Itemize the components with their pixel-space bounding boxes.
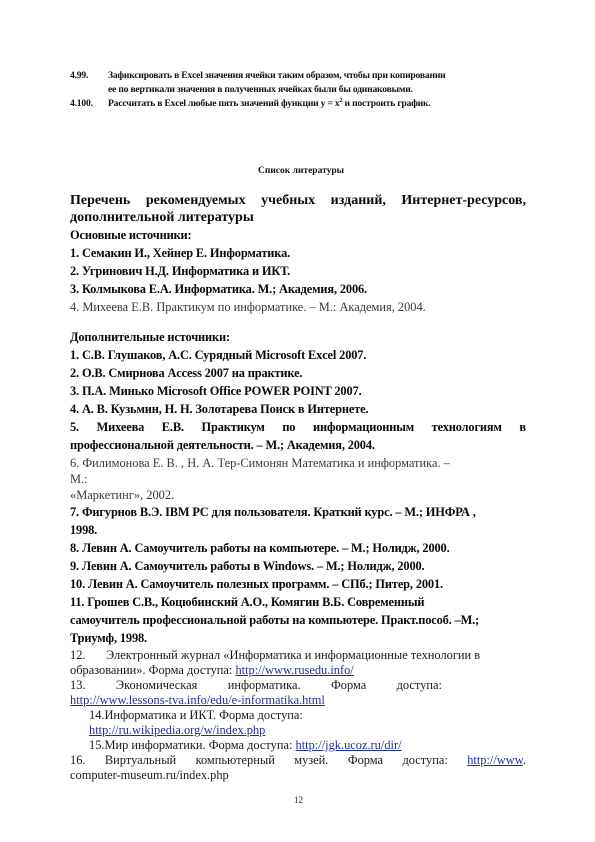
word: Экономическая bbox=[116, 678, 197, 693]
additional-source-item-15: 15.Мир информатики. Форма доступа: http:… bbox=[89, 738, 402, 753]
word: в bbox=[519, 420, 526, 435]
task-text-before: Рассчитать в Excel любые пять значений ф… bbox=[108, 98, 340, 109]
punctuation: . bbox=[523, 753, 526, 767]
computer-museum-link[interactable]: http://www bbox=[467, 753, 523, 767]
task-text-line1: Зафиксировать в Excel значения ячейки та… bbox=[108, 70, 445, 81]
additional-source-item: 1. С.В. Глушаков, А.С. Сурядный Microsof… bbox=[70, 348, 366, 363]
main-source-item: 1. Семакин И., Хейнер Е. Информатика. bbox=[70, 246, 290, 261]
heading-line2: дополнительной литературы bbox=[70, 210, 254, 226]
additional-source-item-14-line2: http://ru.wikipedia.org/w/index.php bbox=[89, 723, 265, 738]
task-number: 4.99. bbox=[70, 70, 88, 81]
additional-source-item-6-line3: «Маркетинг», 2002. bbox=[70, 488, 174, 503]
main-sources-label: Основные источники: bbox=[70, 228, 192, 243]
task-text-after: и построить график. bbox=[342, 98, 430, 109]
page-number: 12 bbox=[294, 795, 303, 805]
item-text: Электронный журнал «Информатика и информ… bbox=[106, 648, 480, 663]
additional-source-item-7-line2: 1998. bbox=[70, 523, 97, 538]
section-title: Список литературы bbox=[258, 166, 344, 176]
word: Виртуальный bbox=[105, 753, 176, 768]
word: 16. bbox=[70, 753, 86, 768]
item-text: 15.Мир информатики. Форма доступа: bbox=[89, 738, 296, 752]
additional-source-item-13-line2: http://www.lessons-tva.info/edu/e-inform… bbox=[70, 693, 325, 708]
word: по bbox=[282, 420, 295, 435]
task-4-99: 4.99. Зафиксировать в Excel значения яче… bbox=[70, 70, 530, 98]
additional-source-item-11-line2: самоучитель профессиональной работы на к… bbox=[70, 613, 479, 628]
task-text: Рассчитать в Excel любые пять значений ф… bbox=[108, 98, 431, 109]
word: Михеева bbox=[97, 420, 145, 435]
heading-word: рекомендуемых bbox=[146, 193, 246, 209]
additional-source-item-9: 9. Левин А. Самоучитель работы в Windows… bbox=[70, 559, 425, 574]
word: Пpактикум bbox=[202, 420, 265, 435]
main-source-item: 2. Угринович Н.Д. Информатика и ИКТ. bbox=[70, 264, 290, 279]
word: доступа: bbox=[402, 753, 447, 768]
word: Форма bbox=[348, 753, 383, 768]
word: информатика. bbox=[228, 678, 301, 693]
additional-source-item: 2. О.В. Смирнова Access 2007 на практике… bbox=[70, 366, 302, 381]
additional-source-item-12-line1: 12. Электронный журнал «Информатика и ин… bbox=[70, 648, 530, 663]
additional-source-item-5-line2: профессиональной деятельности. – М.; Ака… bbox=[70, 438, 375, 453]
additional-source-item-13-line1: 13. Экономическая информатика. Форма дос… bbox=[70, 678, 442, 693]
word: музей. bbox=[294, 753, 328, 768]
additional-source-item-5-line1: 5. Михеева Е.В. Пpактикум по информацион… bbox=[70, 420, 526, 435]
additional-source-item-16-line1: 16. Виртуальный компьютерный музей. Форм… bbox=[70, 753, 526, 768]
additional-source-item-10: 10. Левин А. Самоучитель полезных програ… bbox=[70, 577, 443, 592]
heading-word: Интернет-ресурсов, bbox=[401, 193, 526, 209]
additional-source-item-11-line3: Триумф, 1998. bbox=[70, 631, 147, 646]
wikipedia-link[interactable]: http://ru.wikipedia.org/w/index.php bbox=[89, 723, 265, 737]
main-source-item: 3. Колмыкова Е.А. Информатика. М.; Акаде… bbox=[70, 282, 367, 297]
main-source-item: 4. Михеева Е.В. Практикум по информатике… bbox=[70, 300, 426, 315]
jgk-ucoz-link[interactable]: http://jgk.ucoz.ru/dir/ bbox=[296, 738, 402, 752]
heading-word: учебных bbox=[261, 193, 315, 209]
additional-source-item-14-line1: 14.Информатика и ИКТ. Форма доступа: bbox=[89, 708, 303, 723]
task-number: 4.100. bbox=[70, 98, 93, 109]
word: 13. bbox=[70, 678, 86, 693]
rusedu-link[interactable]: http://www.rusedu.info/ bbox=[235, 663, 353, 677]
item-number: 12. bbox=[70, 648, 86, 662]
additional-source-item: 3. П.А. Минько Microsoft Office POWER PO… bbox=[70, 384, 362, 399]
word: 5. bbox=[70, 420, 79, 435]
link-group: http://www. bbox=[467, 753, 526, 768]
item-text: образовании». Форма доступа: bbox=[70, 663, 235, 677]
additional-source-item-12-line2: образовании». Форма доступа: http://www.… bbox=[70, 663, 354, 678]
heading-word: Перечень bbox=[70, 193, 130, 209]
additional-sources-label: Дополнительные источники: bbox=[70, 330, 230, 345]
word: информационным bbox=[313, 420, 414, 435]
task-text-line2: ее по вертикали значения в полученных яч… bbox=[108, 84, 413, 95]
word: Форма bbox=[331, 678, 366, 693]
additional-source-item-16-line2: computer-museum.ru/index.php bbox=[70, 768, 229, 783]
additional-source-item-8: 8. Левин А. Самоучитель работы на компью… bbox=[70, 541, 450, 556]
additional-source-item-7-line1: 7. Фигурнов В.Э. IBM PC для пользователя… bbox=[70, 505, 476, 520]
word: доступа: bbox=[397, 678, 442, 693]
additional-source-item-11-line1: 11. Грошев С.В., Коцюбинский А.О., Комяг… bbox=[70, 595, 424, 610]
word: технологиям bbox=[432, 420, 502, 435]
heading-word: изданий, bbox=[331, 193, 386, 209]
additional-source-item: 4. А. В. Кузьмин, Н. Н. Золотарева Поиск… bbox=[70, 402, 368, 417]
heading-line1: Перечень рекомендуемых учебных изданий, … bbox=[70, 193, 526, 209]
word: компьютерный bbox=[196, 753, 275, 768]
additional-source-item-6-line1: 6. Филимонова Е. В. , Н. А. Тер-Симонян … bbox=[70, 456, 450, 471]
word: Е.В. bbox=[162, 420, 184, 435]
lessons-tva-link[interactable]: http://www.lessons-tva.info/edu/e-inform… bbox=[70, 693, 325, 707]
additional-source-item-6-line2: М.: bbox=[70, 472, 88, 487]
